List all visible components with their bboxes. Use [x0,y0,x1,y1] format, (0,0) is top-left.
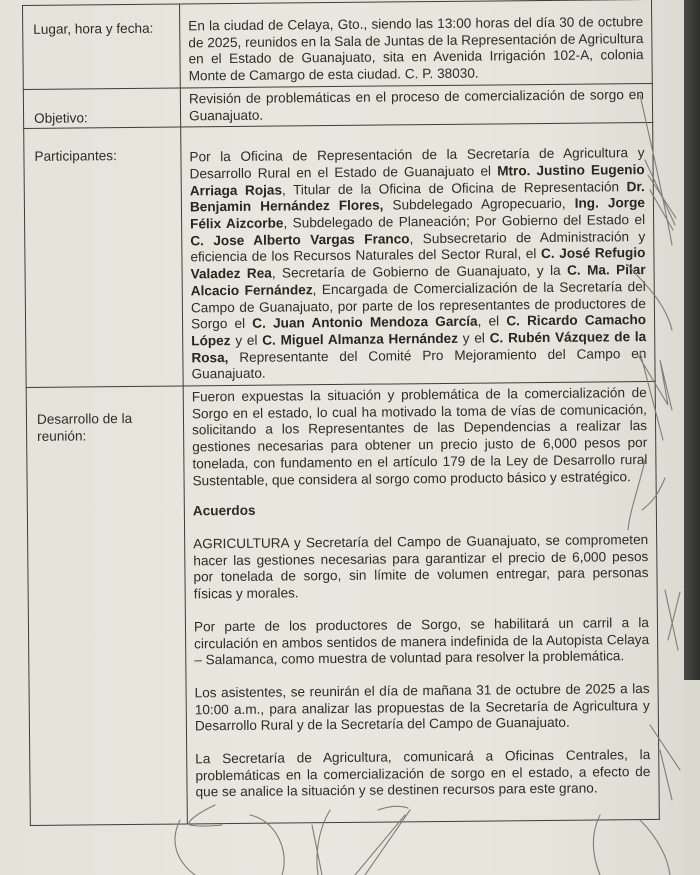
participant-text: , Secretaría de Gobierno de Guanajuato, … [272,263,567,281]
participant-name: C. Juan Antonio Mendoza García [252,314,477,331]
acuerdo-item: Por parte de los productores de Sorgo, s… [194,615,649,669]
row-participantes: Participantes: Por la Oficina de Represe… [24,123,655,388]
participant-name: C. Jose Alberto Vargas Franco [190,231,409,248]
participant-text: y el [458,330,490,345]
participant-name: C. Miguel Almanza Hernández [262,331,458,348]
label-lugar: Lugar, hora y fecha: [23,4,181,89]
participant-text: y el [230,333,262,348]
desarrollo-text: Fueron expuestas la situación y problemá… [192,385,648,490]
acuerdo-item: La Secretaría de Agricultura, comunicará… [195,747,650,801]
value-objetivo: Revisión de problemáticas en el proceso … [180,83,652,127]
row-objetivo: Objetivo: Revisión de problemáticas en e… [23,83,652,128]
participant-text: , el [478,314,507,329]
participant-text: , Titular de la Oficina de Oficina de Re… [282,179,627,197]
participant-text: , Subdelegado de Planeación; Por Gobiern… [283,212,645,230]
value-lugar: En la ciudad de Celaya, Gto., siendo las… [179,0,652,88]
value-desarrollo: Fueron expuestas la situación y problemá… [183,382,659,825]
row-desarrollo: Desarrollo de la reunión: Fueron expuest… [26,382,659,826]
participant-text: Subdelegado Agropecuario, [383,196,574,213]
participant-text: Representante del Comité Pro Mejoramient… [191,346,646,382]
acuerdos-heading: Acuerdos [193,499,648,520]
acuerdo-item: AGRICULTURA y Secretaría del Campo de Gu… [193,532,649,603]
acuerdo-item: Los asistentes, se reunirán el día de ma… [195,681,650,735]
value-participantes: Por la Oficina de Representación de la S… [181,123,655,386]
label-objetivo: Objetivo: [23,88,180,129]
background-edge [684,0,700,680]
meeting-minutes-table: Lugar, hora y fecha: En la ciudad de Cel… [22,0,660,826]
row-lugar: Lugar, hora y fecha: En la ciudad de Cel… [23,0,653,89]
label-desarrollo: Desarrollo de la reunión: [26,386,187,826]
label-participantes: Participantes: [24,127,183,387]
minuta-sheet: Lugar, hora y fecha: En la ciudad de Cel… [22,0,660,826]
